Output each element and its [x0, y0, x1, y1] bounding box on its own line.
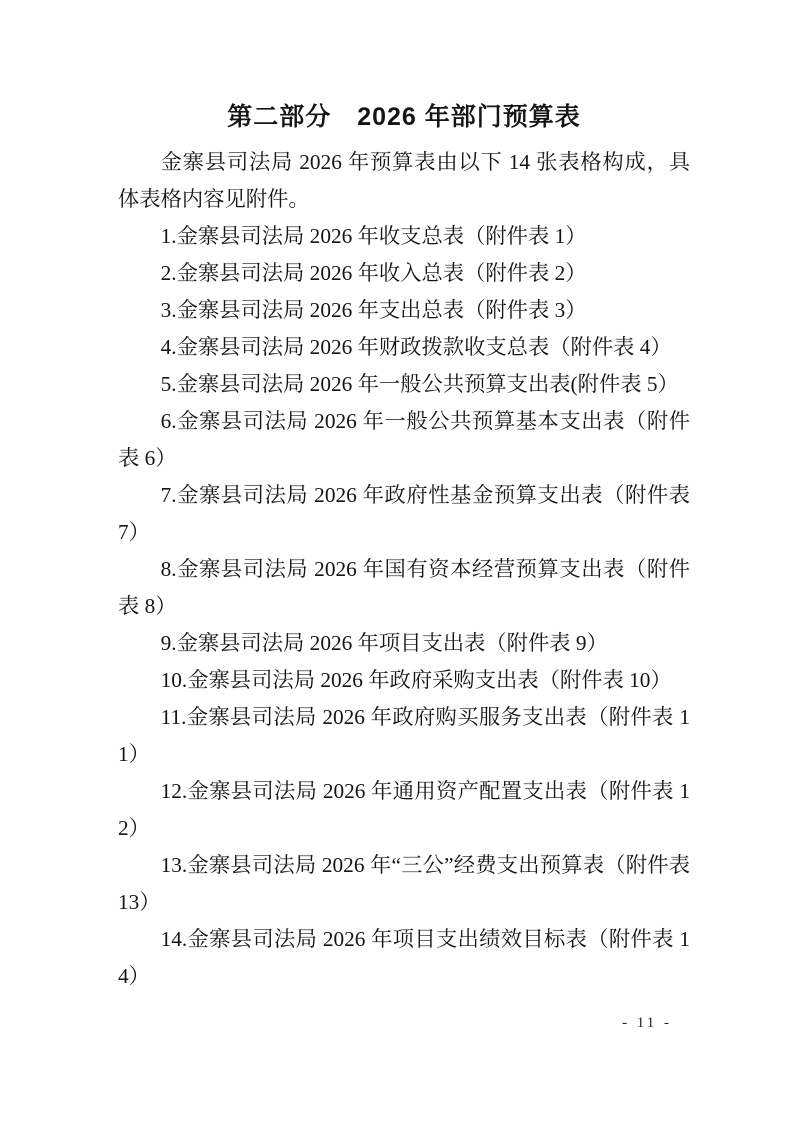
list-item: 1.金寨县司法局 2026 年收支总表（附件表 1）	[118, 218, 690, 255]
list-item: 11.金寨县司法局 2026 年政府购买服务支出表（附件表 11）	[118, 699, 690, 773]
list-item: 7.金寨县司法局 2026 年政府性基金预算支出表（附件表 7）	[118, 477, 690, 551]
list-item: 5.金寨县司法局 2026 年一般公共预算支出表(附件表 5）	[118, 366, 690, 403]
list-item: 14.金寨县司法局 2026 年项目支出绩效目标表（附件表 14）	[118, 921, 690, 995]
document-body: 金寨县司法局 2026 年预算表由以下 14 张表格构成，具体表格内容见附件。 …	[118, 144, 690, 995]
table-list: 1.金寨县司法局 2026 年收支总表（附件表 1）2.金寨县司法局 2026 …	[118, 218, 690, 995]
list-item: 4.金寨县司法局 2026 年财政拨款收支总表（附件表 4）	[118, 329, 690, 366]
list-item: 6.金寨县司法局 2026 年一般公共预算基本支出表（附件表 6）	[118, 403, 690, 477]
list-item: 9.金寨县司法局 2026 年项目支出表（附件表 9）	[118, 625, 690, 662]
intro-paragraph: 金寨县司法局 2026 年预算表由以下 14 张表格构成，具体表格内容见附件。	[118, 144, 690, 218]
list-item: 10.金寨县司法局 2026 年政府采购支出表（附件表 10）	[118, 662, 690, 699]
list-item: 3.金寨县司法局 2026 年支出总表（附件表 3）	[118, 292, 690, 329]
page-number: - 11 -	[622, 1013, 672, 1033]
document-page: 第二部分 2026 年部门预算表 金寨县司法局 2026 年预算表由以下 14 …	[0, 0, 793, 1122]
list-item: 8.金寨县司法局 2026 年国有资本经营预算支出表（附件表 8）	[118, 551, 690, 625]
list-item: 13.金寨县司法局 2026 年“三公”经费支出预算表（附件表 13）	[118, 847, 690, 921]
list-item: 2.金寨县司法局 2026 年收入总表（附件表 2）	[118, 255, 690, 292]
page-title: 第二部分 2026 年部门预算表	[118, 95, 690, 139]
list-item: 12.金寨县司法局 2026 年通用资产配置支出表（附件表 12）	[118, 773, 690, 847]
